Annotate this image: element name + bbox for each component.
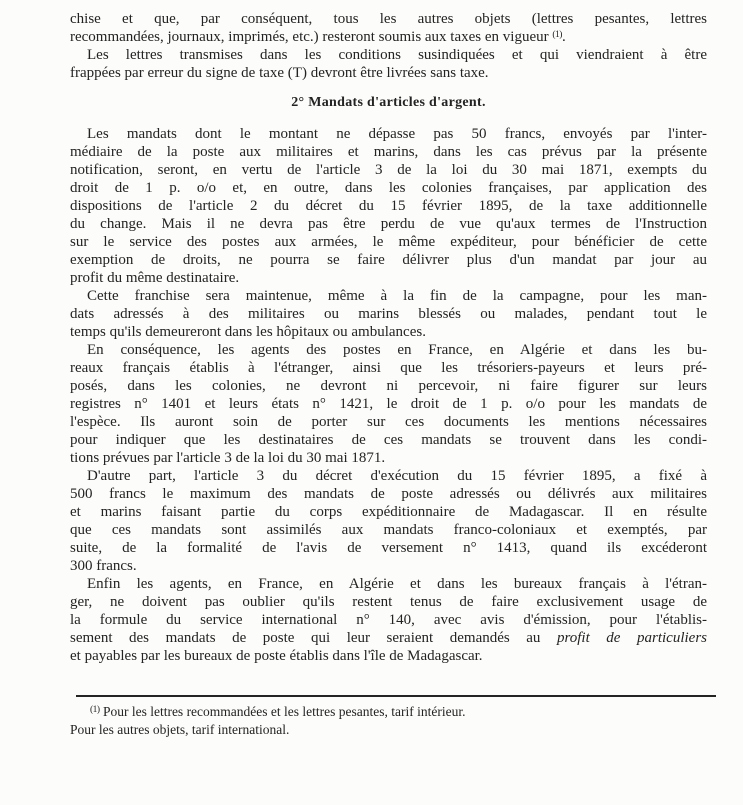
text-line: temps qu'ils demeureront dans les hôpita… <box>70 323 707 341</box>
text-line: médiaire de la poste aux militaires et m… <box>70 143 707 161</box>
text-line: tions prévues par l'article 3 de la loi … <box>70 449 707 467</box>
text-line: notification, seront, en vertu de l'arti… <box>70 161 707 179</box>
text-line: chise et que, par conséquent, tous les a… <box>70 10 707 28</box>
text-line: reaux français établis à l'étranger, ain… <box>70 359 707 377</box>
text-line: dats adressés à des militaires ou marins… <box>70 305 707 323</box>
text-line: profit du même destinataire. <box>70 269 707 287</box>
text-line: exemption de droits, ne pourra se faire … <box>70 251 707 269</box>
section-heading: 2° Mandats d'articles d'argent. <box>70 94 707 112</box>
text-line: et payables par les bureaux de poste éta… <box>70 647 707 665</box>
document-text-block: chise et que, par conséquent, tous les a… <box>70 10 707 739</box>
footnote-line: Pour les autres objets, tarif internatio… <box>70 721 707 739</box>
text-line: et marins faisant partie du corps expédi… <box>70 503 707 521</box>
text-line: droit de 1 p. o/o et, en outre, dans les… <box>70 179 707 197</box>
footnote: (1) Pour les lettres recommandées et les… <box>70 695 707 739</box>
text-line: Les mandats dont le montant ne dépasse p… <box>70 125 707 143</box>
text-line: D'autre part, l'article 3 du décret d'ex… <box>70 467 707 485</box>
text-line: que ces mandats sont assimilés aux manda… <box>70 521 707 539</box>
text-line: 500 francs le maximum des mandats de pos… <box>70 485 707 503</box>
text-line: Enfin les agents, en France, en Algérie … <box>70 575 707 593</box>
text-line: recommandées, journaux, imprimés, etc.) … <box>70 28 707 46</box>
footnote-rule <box>76 695 716 697</box>
text-line: registres n° 1401 et leurs états n° 1421… <box>70 395 707 413</box>
footnote-text: (1) Pour les lettres recommandées et les… <box>70 703 707 739</box>
text-line: Les lettres transmises dans les conditio… <box>70 46 707 64</box>
text-line: du change. Mais il ne devra pas être per… <box>70 215 707 233</box>
text-line: sur le service des postes aux armées, le… <box>70 233 707 251</box>
text-line: pour indiquer que les destinataires de c… <box>70 431 707 449</box>
scanned-page: chise et que, par conséquent, tous les a… <box>0 0 743 805</box>
footnote-line: (1) Pour les lettres recommandées et les… <box>70 703 707 721</box>
text-line: En conséquence, les agents des postes en… <box>70 341 707 359</box>
text-line: suite, de la formalité de l'avis de vers… <box>70 539 707 557</box>
text-line: 300 francs. <box>70 557 707 575</box>
document-body: chise et que, par conséquent, tous les a… <box>70 10 707 665</box>
text-line: posés, dans les colonies, ne devront ni … <box>70 377 707 395</box>
text-line: frappées par erreur du signe de taxe (T)… <box>70 64 707 82</box>
text-line: la formule du service international n° 1… <box>70 611 707 629</box>
text-line: l'espèce. Ils auront soin de porter sur … <box>70 413 707 431</box>
text-line: sement des mandats de poste qui leur ser… <box>70 629 707 647</box>
text-line: dispositions de l'article 2 du décret du… <box>70 197 707 215</box>
text-line: ger, ne doivent pas oublier qu'ils reste… <box>70 593 707 611</box>
text-line: Cette franchise sera maintenue, même à l… <box>70 287 707 305</box>
